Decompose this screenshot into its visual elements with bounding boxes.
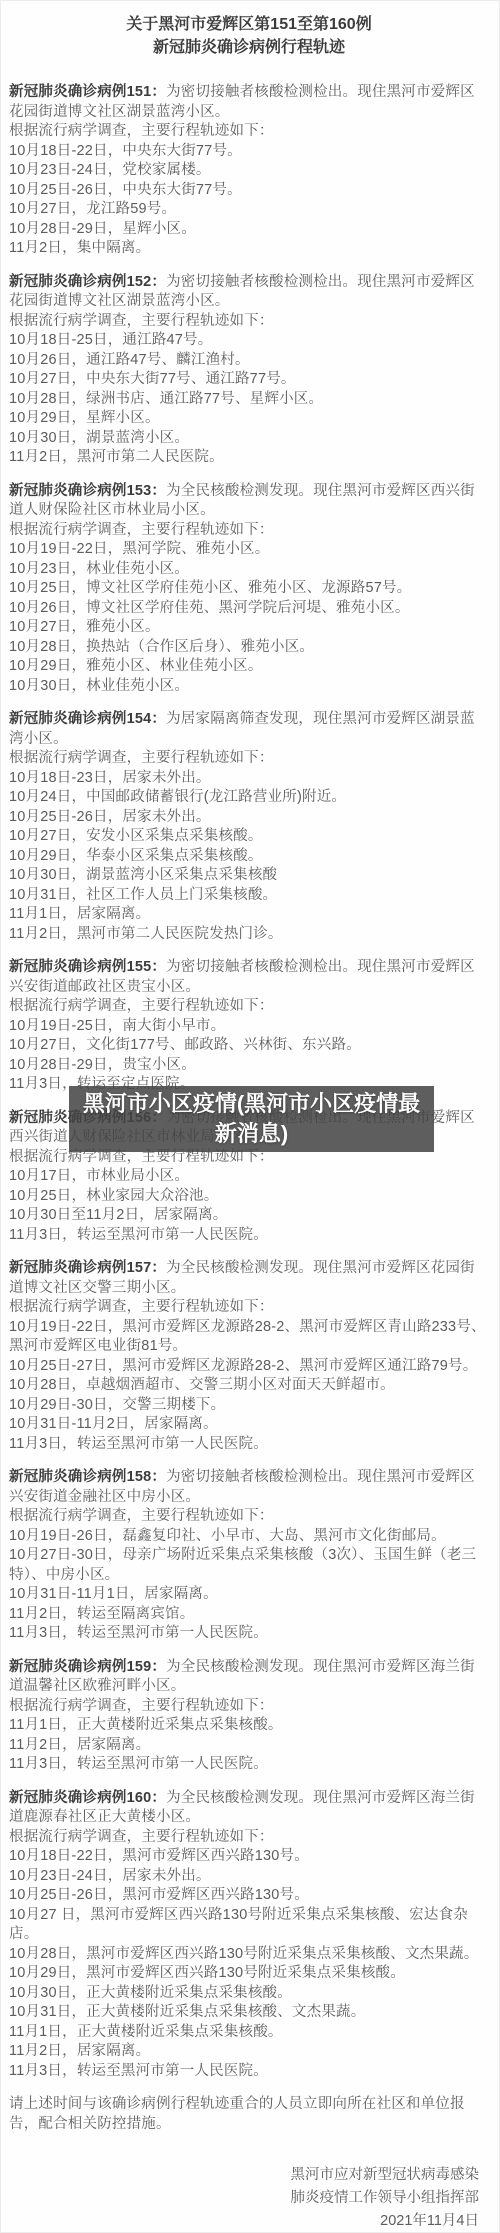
trajectory-line: 10月29日-30日，交警三期楼下。 — [9, 1396, 489, 1416]
trajectory-line: 11月3日，转运至黑河市第一人民医院。 — [9, 2062, 489, 2082]
watermark-text: 黑河市小区疫情(黑河市小区疫情最新消息) — [75, 1089, 428, 1149]
case-record: 新冠肺炎确诊病例160：为全民核酸检测发现。现住黑河市爱辉区海兰街道鹿源春社区正… — [9, 1789, 489, 2082]
page-title-line1: 关于黑河市爱辉区第151至第160例 — [126, 16, 371, 33]
case-survey-line: 根据流行病学调查，主要行程轨迹如下： — [9, 312, 489, 332]
closing-note: 请上述时间与该确诊病例行程轨迹重合的人员立即向所在社区和单位报告，配合相关防控措… — [9, 2095, 489, 2134]
trajectory-line: 11月1日，正大黄楼附近采集点采集核酸。 — [9, 2023, 489, 2043]
case-intro: 新冠肺炎确诊病例159：为全民核酸检测发现。现住黑河市爱辉区海兰街道温馨社区欧雅… — [9, 1658, 489, 1697]
document-page: 关于黑河市爱辉区第151至第160例 新冠肺炎确诊病例行程轨迹 新冠肺炎确诊病例… — [0, 0, 500, 2233]
signature-org-line2: 肺炎疫情工作领导小组指挥部 — [9, 2187, 479, 2210]
case-intro: 新冠肺炎确诊病例157：为全民核酸检测发现。现住黑河市爱辉区花园街道博文社区交警… — [9, 1259, 489, 1298]
page-title-line2: 新冠肺炎确诊病例行程轨迹 — [153, 39, 345, 56]
case-label: 新冠肺炎确诊病例157： — [9, 1260, 166, 1276]
case-survey-line: 根据流行病学调查，主要行程轨迹如下： — [9, 1697, 489, 1717]
trajectory-line: 10月28日，换热站（合作区后身）、雅苑小区。 — [9, 638, 489, 658]
case-intro: 新冠肺炎确诊病例154：为居家隔离筛查发现，现住黑河市爱辉区湖景蓝湾小区。 — [9, 710, 489, 749]
signature-block: 黑河市应对新型冠状病毒感染 肺炎疫情工作领导小组指挥部 2021年11月4日 — [9, 2164, 489, 2233]
trajectory-line: 10月19日-22日，黑河市爱辉区龙源路28-2、黑河市爱辉区青山路233号、黑… — [9, 1318, 489, 1357]
trajectory-line: 10月31日-11月1日，居家隔离。 — [9, 1585, 489, 1605]
case-survey-line: 根据流行病学调查，主要行程轨迹如下： — [9, 997, 489, 1017]
case-record: 新冠肺炎确诊病例153：为全民核酸检测发现。现住黑河市爱辉区西兴街道人财保险社区… — [9, 482, 489, 697]
case-record: 新冠肺炎确诊病例151：为密切接触者核酸检测检出。现住黑河市爱辉区花园街道博文社… — [9, 83, 489, 259]
trajectory-line: 10月24日，中国邮政储蓄银行(龙江路营业所)附近。 — [9, 788, 489, 808]
case-intro: 新冠肺炎确诊病例160：为全民核酸检测发现。现住黑河市爱辉区海兰街道鹿源春社区正… — [9, 1789, 489, 1828]
trajectory-line: 11月2日，居家隔离。 — [9, 2042, 489, 2062]
trajectory-line: 10月25日-26日，中央东大街77号。 — [9, 181, 489, 201]
trajectory-line: 10月30日，林业佳苑小区。 — [9, 677, 489, 697]
trajectory-line: 11月3日，转运至黑河市第一人民医院。 — [9, 1624, 489, 1644]
case-label: 新冠肺炎确诊病例158： — [9, 1469, 166, 1485]
trajectory-line: 10月23日-24日，居家未外出。 — [9, 1867, 489, 1887]
trajectory-line: 10月28日-29日，贵宝小区。 — [9, 1056, 489, 1076]
trajectory-line: 11月3日，转运至黑河市第一人民医院。 — [9, 1435, 489, 1455]
trajectory-line: 10月31日，正大黄楼附近采集点采集核酸、文杰果蔬。 — [9, 2003, 489, 2023]
trajectory-line: 10月28日-29日，星辉小区。 — [9, 220, 489, 240]
trajectory-line: 10月30日至11月2日，居家隔离。 — [9, 1206, 489, 1226]
trajectory-line: 10月27日，文化街177号、邮政路、兴林街、东兴路。 — [9, 1036, 489, 1056]
case-record: 新冠肺炎确诊病例152：为密切接触者核酸检测检出。现住黑河市爱辉区花园街道博文社… — [9, 273, 489, 468]
page-title: 关于黑河市爱辉区第151至第160例 新冠肺炎确诊病例行程轨迹 — [9, 13, 489, 59]
signature-date: 2021年11月4日 — [9, 2210, 479, 2233]
trajectory-line: 10月19日-25日，南大街小早市。 — [9, 1017, 489, 1037]
case-record: 新冠肺炎确诊病例159：为全民核酸检测发现。现住黑河市爱辉区海兰街道温馨社区欧雅… — [9, 1658, 489, 1775]
trajectory-line: 10月25日-27日，黑河市爱辉区龙源路28-2、黑河市爱辉区通江路79号。 — [9, 1357, 489, 1377]
trajectory-line: 10月27日，雅苑小区。 — [9, 618, 489, 638]
trajectory-line: 10月29日，雅苑小区、林业佳苑小区。 — [9, 657, 489, 677]
case-survey-line: 根据流行病学调查，主要行程轨迹如下： — [9, 122, 489, 142]
trajectory-line: 10月29日，黑河市爱辉区西兴路130号附近采集点采集核酸。 — [9, 1964, 489, 1984]
case-label: 新冠肺炎确诊病例152： — [9, 274, 166, 290]
trajectory-line: 10月28日，卓越烟酒超市、交警三期小区对面天天鲜超市。 — [9, 1376, 489, 1396]
trajectory-line: 10月29日，星辉小区。 — [9, 409, 489, 429]
trajectory-line: 10月27日，龙江路59号。 — [9, 200, 489, 220]
trajectory-line: 11月2日，转运至隔离宾馆。 — [9, 1605, 489, 1625]
case-survey-line: 根据流行病学调查，主要行程轨迹如下： — [9, 1507, 489, 1527]
case-record: 新冠肺炎确诊病例158：为密切接触者核酸检测检出。现住黑河市爱辉区兴安街道金融社… — [9, 1468, 489, 1644]
trajectory-line: 10月29日，华泰小区采集点采集核酸。 — [9, 847, 489, 867]
case-survey-line: 根据流行病学调查，主要行程轨迹如下： — [9, 1298, 489, 1318]
trajectory-line: 11月2日，居家隔离。 — [9, 1736, 489, 1756]
trajectory-line: 10月25日，博文社区学府佳苑小区、雅苑小区、龙源路57号。 — [9, 579, 489, 599]
trajectory-line: 10月30日，正大黄楼附近采集点采集核酸。 — [9, 1984, 489, 2004]
trajectory-line: 11月2日，黑河市第二人民医院。 — [9, 448, 489, 468]
trajectory-line: 10月19日-22日，黑河学院、雅苑小区。 — [9, 540, 489, 560]
trajectory-line: 10月25日-26日，居家未外出。 — [9, 808, 489, 828]
case-label: 新冠肺炎确诊病例151： — [9, 84, 166, 100]
trajectory-line: 10月28日，黑河市爱辉区西兴路130号附近采集点采集核酸、文杰果蔬。 — [9, 1945, 489, 1965]
trajectory-line: 10月18日-25日，通江路47号。 — [9, 331, 489, 351]
trajectory-line: 11月1日，正大黄楼附近采集点采集核酸。 — [9, 1716, 489, 1736]
trajectory-line: 10月26日，博文社区学府佳苑、黑河学院后河堤、雅苑小区。 — [9, 599, 489, 619]
trajectory-line: 10月27日-30日，母亲广场附近采集点采集核酸（3次）、玉国生鲜（老三特）、中… — [9, 1546, 489, 1585]
case-label: 新冠肺炎确诊病例160： — [9, 1790, 166, 1806]
case-label: 新冠肺炎确诊病例154： — [9, 711, 166, 727]
case-intro: 新冠肺炎确诊病例151：为密切接触者核酸检测检出。现住黑河市爱辉区花园街道博文社… — [9, 83, 489, 122]
case-survey-line: 根据流行病学调查，主要行程轨迹如下： — [9, 521, 489, 541]
trajectory-line: 11月3日，转运至黑河市第一人民医院。 — [9, 1755, 489, 1775]
trajectory-line: 11月2日，集中隔离。 — [9, 239, 489, 259]
trajectory-line: 10月23日-24日，党校家属楼。 — [9, 161, 489, 181]
case-label: 新冠肺炎确诊病例155： — [9, 959, 166, 975]
case-survey-line: 根据流行病学调查，主要行程轨迹如下： — [9, 749, 489, 769]
case-label: 新冠肺炎确诊病例159： — [9, 1659, 166, 1675]
case-survey-line: 根据流行病学调查，主要行程轨迹如下： — [9, 1828, 489, 1848]
trajectory-line: 10月31日-11月2日，居家隔离。 — [9, 1415, 489, 1435]
case-intro: 新冠肺炎确诊病例155：为密切接触者核酸检测检出。现住黑河市爱辉区兴安街道邮政社… — [9, 958, 489, 997]
trajectory-line: 10月25日，林业家园大众浴池。 — [9, 1187, 489, 1207]
trajectory-line: 10月18日-23日，居家未外出。 — [9, 769, 489, 789]
trajectory-line: 10月27 日，黑河市爱辉区西兴路130号附近采集点采集核酸、宏达食杂店。 — [9, 1906, 489, 1945]
trajectory-line: 10月31日，社区工作人员上门采集核酸。 — [9, 886, 489, 906]
case-intro: 新冠肺炎确诊病例153：为全民核酸检测发现。现住黑河市爱辉区西兴街道人财保险社区… — [9, 482, 489, 521]
signature-org-line1: 黑河市应对新型冠状病毒感染 — [9, 2164, 479, 2187]
trajectory-line: 11月3日，转运至黑河市第一人民医院。 — [9, 1226, 489, 1246]
trajectory-line: 11月2日，黑河市第二人民医院发热门诊。 — [9, 925, 489, 945]
trajectory-line: 10月25日-26日，黑河市爱辉区西兴路130号。 — [9, 1886, 489, 1906]
trajectory-line: 10月28日，绿洲书店、通江路77号、星辉小区。 — [9, 390, 489, 410]
case-label: 新冠肺炎确诊病例153： — [9, 483, 166, 499]
trajectory-line: 10月23日，林业佳苑小区。 — [9, 560, 489, 580]
watermark-overlay: 黑河市小区疫情(黑河市小区疫情最新消息) — [69, 1086, 434, 1152]
trajectory-line: 10月18日-22日，中央东大街77号。 — [9, 142, 489, 162]
case-record: 新冠肺炎确诊病例157：为全民核酸检测发现。现住黑河市爱辉区花园街道博文社区交警… — [9, 1259, 489, 1454]
case-record: 新冠肺炎确诊病例155：为密切接触者核酸检测检出。现住黑河市爱辉区兴安街道邮政社… — [9, 958, 489, 1095]
trajectory-line: 10月27日，安发小区采集点采集核酸。 — [9, 827, 489, 847]
trajectory-line: 10月26日，通江路47号、麟江渔村。 — [9, 351, 489, 371]
case-intro: 新冠肺炎确诊病例152：为密切接触者核酸检测检出。现住黑河市爱辉区花园街道博文社… — [9, 273, 489, 312]
case-intro: 新冠肺炎确诊病例158：为密切接触者核酸检测检出。现住黑河市爱辉区兴安街道金融社… — [9, 1468, 489, 1507]
trajectory-line: 10月19日-26日，磊鑫复印社、小早市、大岛、黑河市文化街邮局。 — [9, 1527, 489, 1547]
trajectory-line: 10月27日，中央东大街77号、通江路77号。 — [9, 370, 489, 390]
trajectory-line: 11月1日，居家隔离。 — [9, 905, 489, 925]
case-record: 新冠肺炎确诊病例154：为居家隔离筛查发现，现住黑河市爱辉区湖景蓝湾小区。根据流… — [9, 710, 489, 944]
trajectory-line: 10月18日-22日，黑河市爱辉区西兴路130号。 — [9, 1847, 489, 1867]
trajectory-line: 10月30日，湖景蓝湾小区采集点采集核酸 — [9, 866, 489, 886]
trajectory-line: 10月17日，市林业局小区。 — [9, 1167, 489, 1187]
cases-container: 新冠肺炎确诊病例151：为密切接触者核酸检测检出。现住黑河市爱辉区花园街道博文社… — [9, 83, 489, 2081]
trajectory-line: 10月30日，湖景蓝湾小区。 — [9, 429, 489, 449]
